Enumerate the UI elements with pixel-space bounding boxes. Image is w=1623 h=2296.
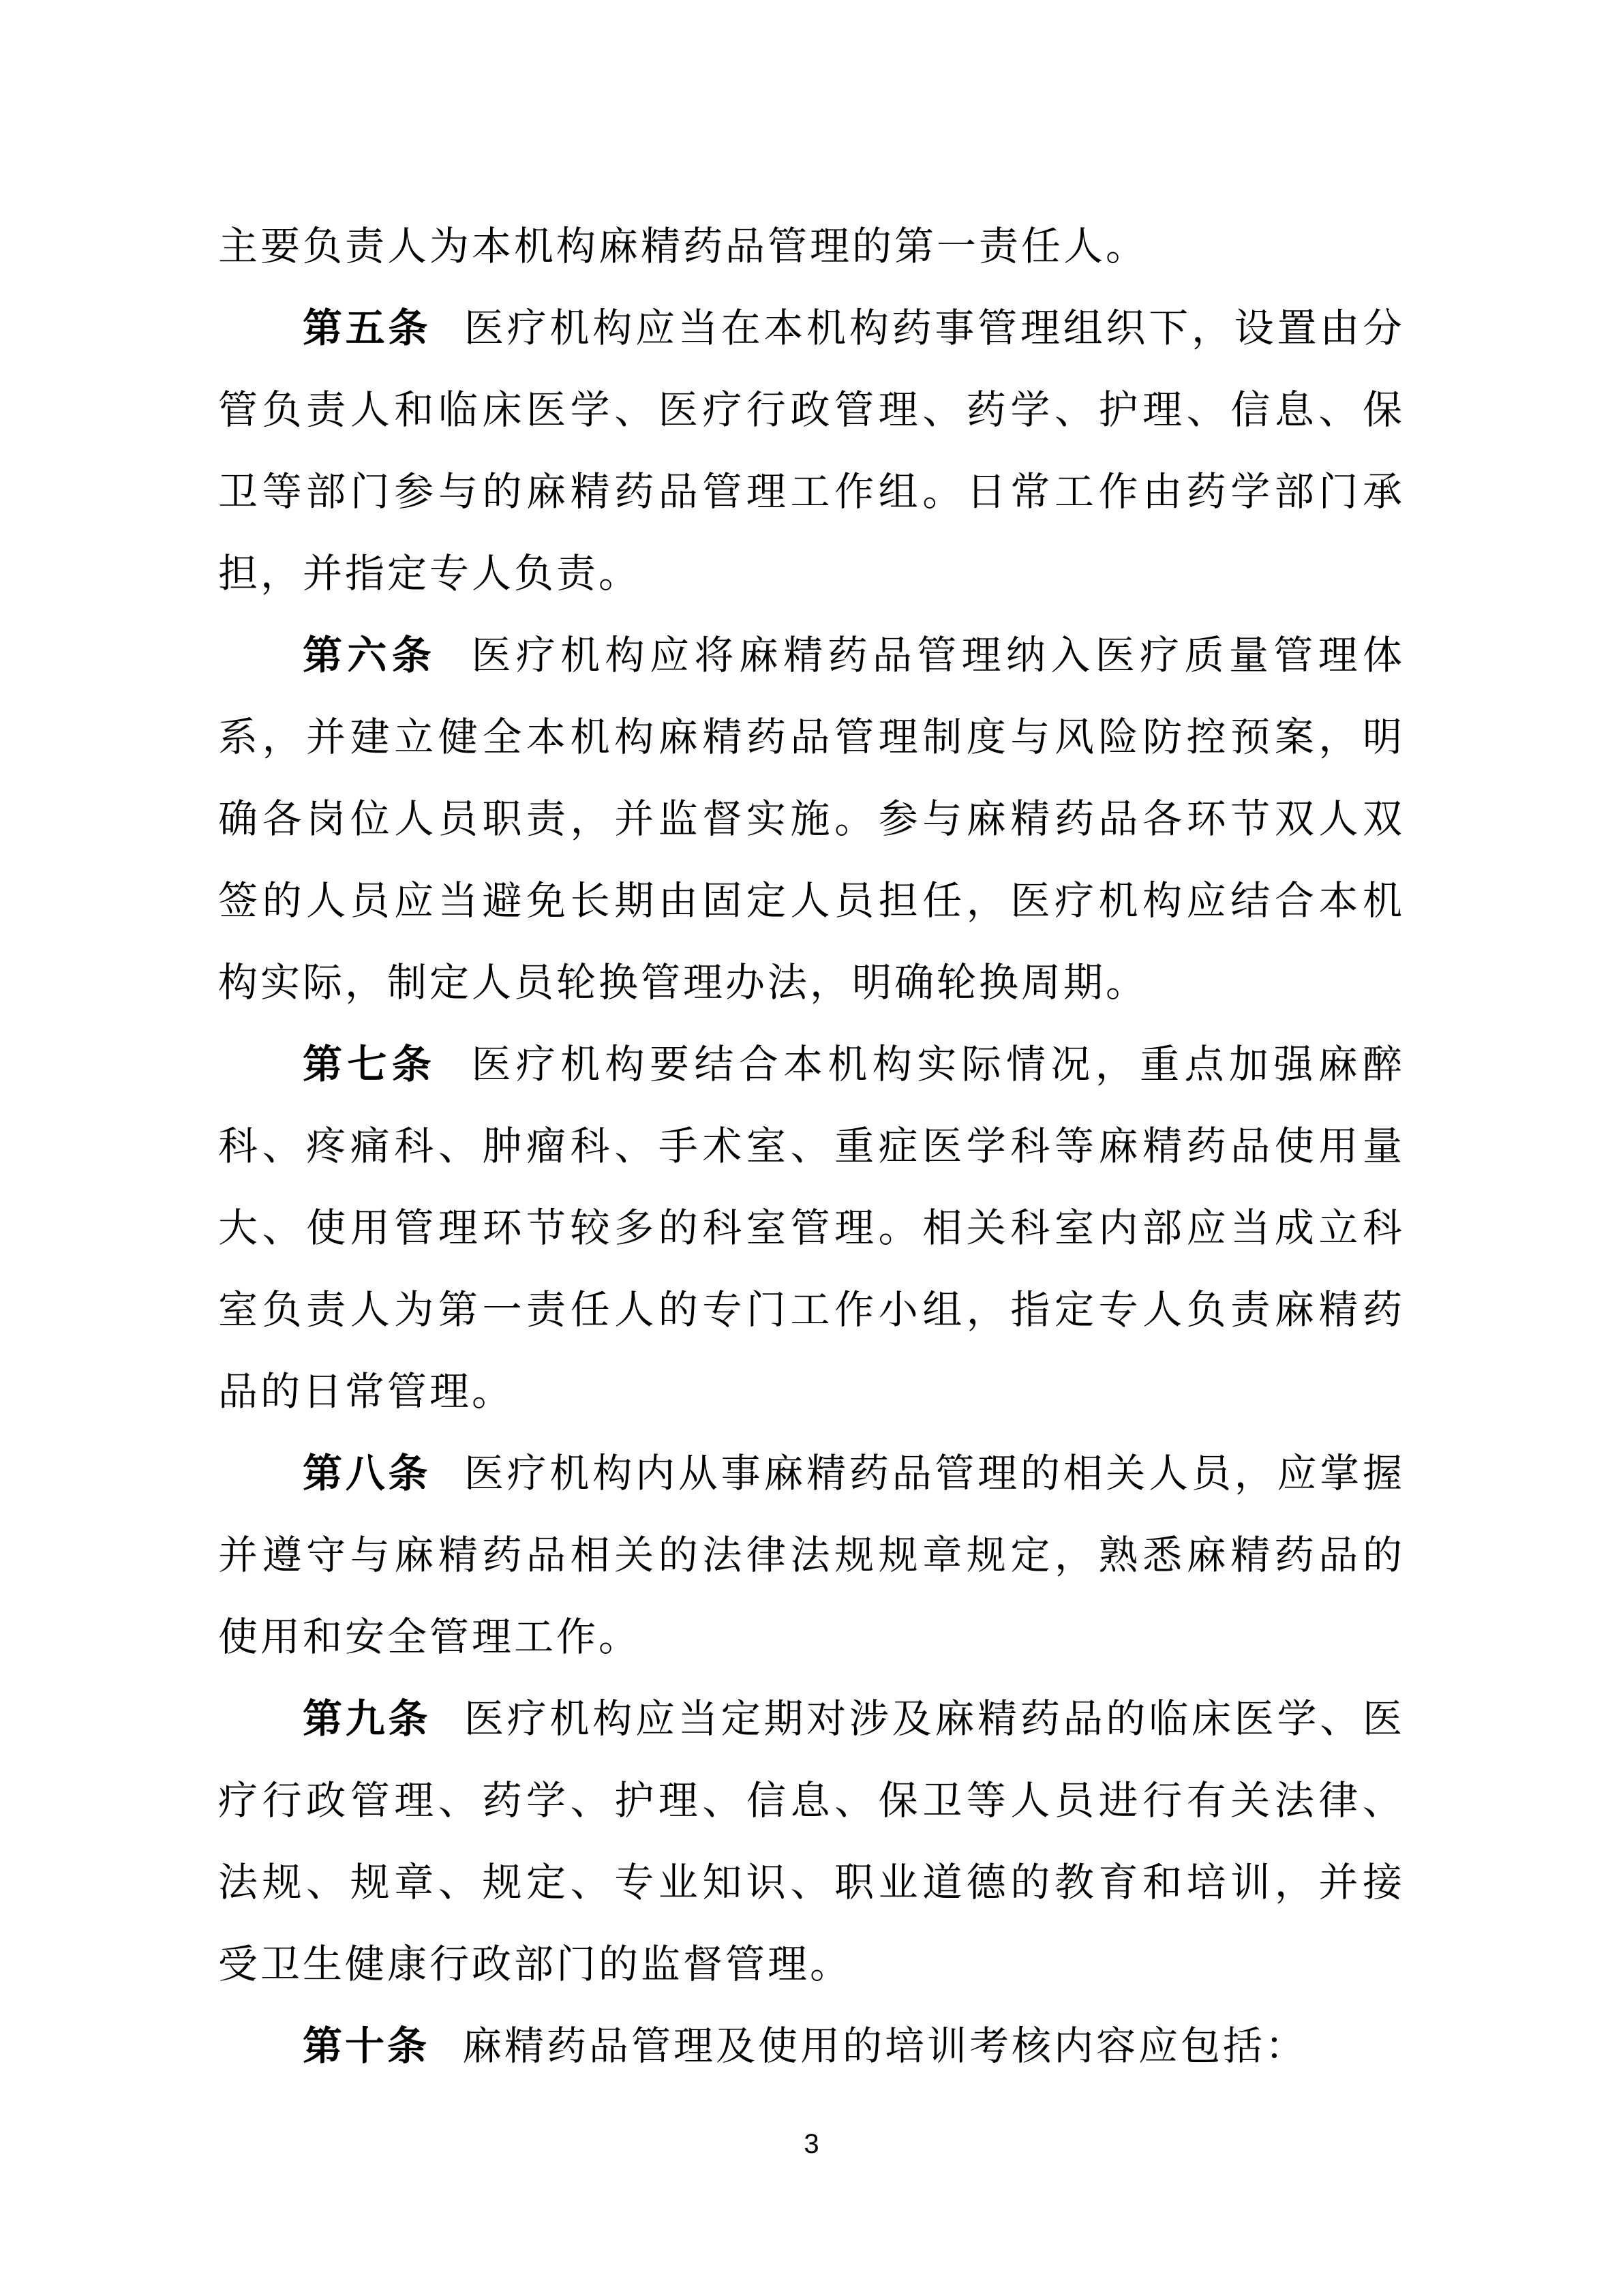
document-line: 科、疼痛科、肿瘤科、手术室、重症医学科等麻精药品使用量 bbox=[218, 1106, 1405, 1188]
line-text: 管负责人和临床医学、医疗行政管理、药学、护理、信息、保 bbox=[218, 388, 1405, 432]
page-number: 3 bbox=[0, 2128, 1623, 2160]
article-number: 第七条 bbox=[303, 1042, 436, 1087]
line-text: 室负责人为第一责任人的专门工作小组，指定专人负责麻精药 bbox=[218, 1288, 1405, 1332]
document-line: 室负责人为第一责任人的专门工作小组，指定专人负责麻精药 bbox=[218, 1269, 1405, 1351]
document-page: 主要负责人为本机构麻精药品管理的第一责任人。第五条医疗机构应当在本机构药事管理组… bbox=[0, 0, 1623, 2296]
document-line: 第七条医疗机构要结合本机构实际情况，重点加强麻醉 bbox=[218, 1024, 1405, 1106]
document-line: 大、使用管理环节较多的科室管理。相关科室内部应当成立科 bbox=[218, 1188, 1405, 1269]
line-text: 疗行政管理、药学、护理、信息、保卫等人员进行有关法律、 bbox=[218, 1779, 1405, 1823]
line-text: 构实际，制定人员轮换管理办法，明确轮换周期。 bbox=[218, 961, 1148, 1005]
article-number: 第八条 bbox=[303, 1451, 431, 1496]
line-text: 卫等部门参与的麻精药品管理工作组。日常工作由药学部门承 bbox=[218, 470, 1405, 514]
line-text: 医疗机构内从事麻精药品管理的相关人员，应掌握 bbox=[464, 1451, 1405, 1496]
document-line: 第十条麻精药品管理及使用的培训考核内容应包括： bbox=[218, 2006, 1405, 2087]
document-line: 受卫生健康行政部门的监督管理。 bbox=[218, 1924, 1405, 2006]
line-text: 主要负责人为本机构麻精药品管理的第一责任人。 bbox=[218, 224, 1148, 269]
document-line: 第五条医疗机构应当在本机构药事管理组织下，设置由分 bbox=[218, 288, 1405, 369]
line-text: 使用和安全管理工作。 bbox=[218, 1615, 641, 1659]
document-line: 担，并指定专人负责。 bbox=[218, 533, 1405, 615]
article-number: 第五条 bbox=[303, 306, 431, 350]
line-text: 受卫生健康行政部门的监督管理。 bbox=[218, 1942, 852, 1987]
line-text: 品的日常管理。 bbox=[218, 1370, 514, 1414]
document-line: 确各岗位人员职责，并监督实施。参与麻精药品各环节双人双 bbox=[218, 779, 1405, 860]
line-text: 法规、规章、规定、专业知识、职业道德的教育和培训，并接 bbox=[218, 1860, 1405, 1905]
line-text: 并遵守与麻精药品相关的法律法规规章规定，熟悉麻精药品的 bbox=[218, 1533, 1405, 1577]
article-number: 第十条 bbox=[303, 2024, 429, 2068]
document-line: 使用和安全管理工作。 bbox=[218, 1597, 1405, 1678]
document-line: 管负责人和临床医学、医疗行政管理、药学、护理、信息、保 bbox=[218, 369, 1405, 451]
line-text: 医疗机构应当在本机构药事管理组织下，设置由分 bbox=[464, 306, 1405, 350]
document-line: 签的人员应当避免长期由固定人员担任，医疗机构应结合本机 bbox=[218, 860, 1405, 942]
document-line: 第八条医疗机构内从事麻精药品管理的相关人员，应掌握 bbox=[218, 1433, 1405, 1515]
line-text: 医疗机构应将麻精药品管理纳入医疗质量管理体 bbox=[469, 633, 1405, 678]
document-body: 主要负责人为本机构麻精药品管理的第一责任人。第五条医疗机构应当在本机构药事管理组… bbox=[218, 206, 1405, 2087]
line-text: 大、使用管理环节较多的科室管理。相关科室内部应当成立科 bbox=[218, 1206, 1405, 1250]
line-text: 确各岗位人员职责，并监督实施。参与麻精药品各环节双人双 bbox=[218, 797, 1405, 841]
document-line: 主要负责人为本机构麻精药品管理的第一责任人。 bbox=[218, 206, 1405, 288]
document-line: 疗行政管理、药学、护理、信息、保卫等人员进行有关法律、 bbox=[218, 1760, 1405, 1842]
line-text: 科、疼痛科、肿瘤科、手术室、重症医学科等麻精药品使用量 bbox=[218, 1124, 1405, 1168]
line-text: 系，并建立健全本机构麻精药品管理制度与风险防控预案，明 bbox=[218, 715, 1405, 759]
line-text: 医疗机构应当定期对涉及麻精药品的临床医学、医 bbox=[464, 1697, 1405, 1741]
document-line: 第九条医疗机构应当定期对涉及麻精药品的临床医学、医 bbox=[218, 1678, 1405, 1760]
line-text: 签的人员应当避免长期由固定人员担任，医疗机构应结合本机 bbox=[218, 879, 1405, 923]
line-text: 担，并指定专人负责。 bbox=[218, 552, 641, 596]
document-line: 系，并建立健全本机构麻精药品管理制度与风险防控预案，明 bbox=[218, 697, 1405, 779]
document-line: 并遵守与麻精药品相关的法律法规规章规定，熟悉麻精药品的 bbox=[218, 1515, 1405, 1597]
line-text: 医疗机构要结合本机构实际情况，重点加强麻醉 bbox=[469, 1042, 1405, 1087]
article-number: 第九条 bbox=[303, 1697, 431, 1741]
document-line: 卫等部门参与的麻精药品管理工作组。日常工作由药学部门承 bbox=[218, 451, 1405, 533]
document-line: 法规、规章、规定、专业知识、职业道德的教育和培训，并接 bbox=[218, 1842, 1405, 1924]
document-line: 构实际，制定人员轮换管理办法，明确轮换周期。 bbox=[218, 942, 1405, 1024]
document-line: 第六条医疗机构应将麻精药品管理纳入医疗质量管理体 bbox=[218, 615, 1405, 697]
line-text: 麻精药品管理及使用的培训考核内容应包括： bbox=[462, 2024, 1307, 2068]
document-line: 品的日常管理。 bbox=[218, 1351, 1405, 1433]
article-number: 第六条 bbox=[303, 633, 436, 678]
